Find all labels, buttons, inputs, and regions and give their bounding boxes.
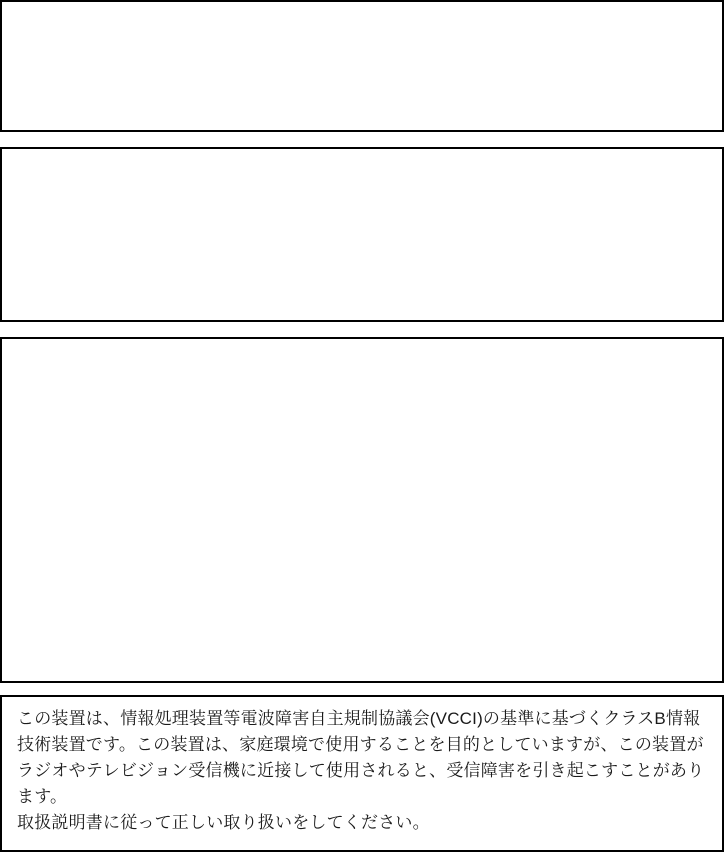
empty-notice-box-1: [0, 0, 724, 132]
vcci-notice-line-5: 取扱説明書に従って正しい取り扱いをしてください。: [17, 810, 712, 836]
vcci-notice-box: この装置は、情報処理装置等電波障害自主規制協議会(VCCI)の基準に基づくクラス…: [0, 695, 724, 852]
empty-notice-box-2: [0, 147, 724, 322]
vcci-notice-line-2: 技術装置です。この装置は、家庭環境で使用することを目的としていますが、この装置が: [17, 732, 712, 758]
vcci-notice-line-1: この装置は、情報処理装置等電波障害自主規制協議会(VCCI)の基準に基づくクラス…: [17, 706, 712, 732]
vcci-notice-line-3: ラジオやテレビジョン受信機に近接して使用されると、受信障害を引き起こすことがあり: [17, 758, 712, 784]
vcci-notice-text: この装置は、情報処理装置等電波障害自主規制協議会(VCCI)の基準に基づくクラス…: [2, 697, 722, 836]
vcci-notice-line-4: ます。: [17, 784, 712, 810]
empty-notice-box-3: [0, 337, 724, 683]
